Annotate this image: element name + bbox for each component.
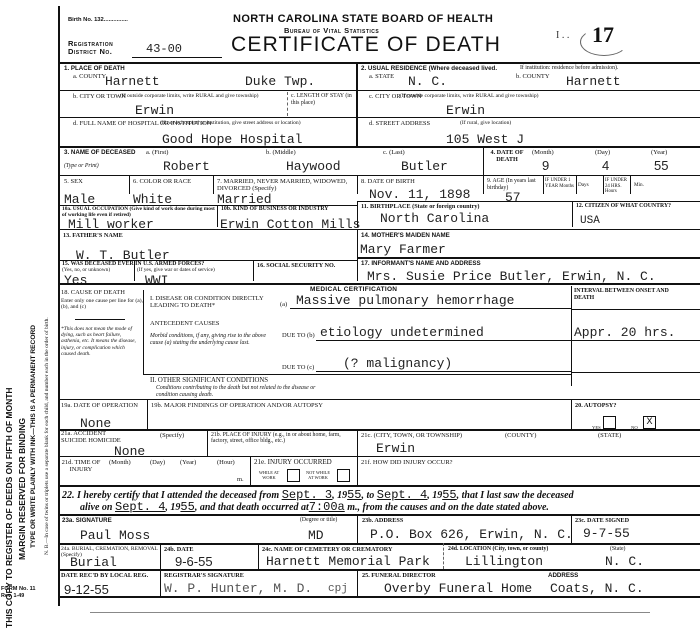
district-label: District No. — [68, 48, 112, 55]
col-line — [147, 399, 148, 429]
section-line — [58, 543, 700, 545]
injury-occurred-label: 21e. INJURY OCCURRED — [254, 459, 332, 466]
ssn-label: 16. SOCIAL SECURITY NO. — [257, 262, 335, 269]
injury-place-label: 21b. PLACE OF INJURY (e.g., in or about … — [211, 432, 351, 445]
father-label: 13. FATHER'S NAME — [63, 232, 123, 239]
not-while-at-work-label: NOT WHILE AT WORK — [304, 470, 332, 480]
cause-footnote: *This does not mean the mode of dying, s… — [61, 326, 141, 357]
while-at-work-checkbox[interactable] — [287, 469, 300, 482]
dob-label: 8. DATE OF BIRTH — [361, 178, 415, 185]
due-to-c-label: DUE TO (c) — [282, 364, 314, 371]
registration-district: 43-00 — [146, 42, 182, 56]
place-of-death-label: 1. PLACE OF DEATH — [64, 65, 125, 72]
registrar-signature: W. P. Hunter, M. D. — [164, 582, 312, 596]
time-hour-label: (Hour) — [217, 459, 235, 466]
while-at-work-label: WHILE AT WORK — [256, 470, 282, 480]
birthplace: North Carolina — [380, 212, 489, 226]
date-signed-label: 23c. DATE SIGNED — [575, 517, 629, 524]
col-line — [483, 147, 484, 175]
cause-a-label: (a) — [280, 301, 287, 308]
interval-b: Appr. 20 hrs. — [574, 326, 675, 340]
physician-degree: MD — [308, 529, 324, 543]
mother-maiden-name: Mary Farmer — [360, 243, 446, 257]
col-line — [576, 175, 577, 194]
funeral-address: Coats, N. C. — [550, 582, 644, 596]
row-line — [357, 201, 700, 202]
board-name: NORTH CAROLINA STATE BOARD OF HEALTH — [233, 13, 493, 25]
death-day-label: (Day) — [595, 149, 610, 156]
autopsy-label: 20. AUTOPSY? — [575, 402, 617, 409]
death-month-label: (Month) — [532, 149, 554, 156]
length-of-stay-label: c. LENGTH OF STAY (in this place) — [291, 93, 353, 107]
certificate-number: 17 — [592, 22, 614, 48]
funeral-address-label: ADDRESS — [548, 572, 578, 579]
date-signed: 9-7-55 — [583, 527, 630, 541]
col-line — [357, 429, 358, 485]
hospital-name: Good Hope Hospital — [162, 133, 302, 147]
row-line — [571, 309, 700, 310]
stay-divider — [287, 92, 289, 116]
findings-label: 19b. MAJOR FINDINGS OF OPERATION AND/OR … — [151, 402, 323, 409]
res-street-hint: (If rural, give location) — [460, 120, 511, 127]
section-line — [58, 569, 700, 571]
col-line — [213, 175, 214, 194]
row-line — [357, 257, 700, 259]
citizen-label: 12. CITIZEN OF WHAT COUNTRY? — [576, 203, 676, 210]
injury-county-label: (COUNTY) — [505, 432, 536, 439]
cause-hint: Enter only one cause per line for (a), (… — [61, 298, 143, 310]
col-line — [253, 260, 254, 281]
physician-signature: Paul Moss — [80, 529, 150, 543]
cause-line — [316, 340, 571, 341]
burial-method: Burial — [70, 556, 117, 570]
middle-name: Haywood — [286, 160, 341, 174]
first-name-label: a. (First) — [146, 149, 168, 156]
col-line — [443, 543, 445, 569]
minutes-label: Min. — [634, 182, 644, 189]
col-line — [357, 569, 358, 596]
res-state-label: a. STATE — [369, 73, 394, 80]
how-injury-label: 21f. HOW DID INJURY OCCUR? — [361, 459, 453, 466]
time-year-label: (Year) — [180, 459, 196, 466]
col-line — [357, 514, 358, 543]
res-county-label: b. COUNTY — [516, 73, 550, 80]
service-dates: WWI — [145, 274, 168, 288]
date-received: 9-12-55 — [64, 583, 109, 597]
informant: Mrs. Susie Price Butler, Erwin, N. C. — [367, 270, 656, 284]
col-line — [571, 286, 572, 386]
res-street-label: d. STREET ADDRESS — [369, 120, 430, 127]
injury-specify-label: (Specify) — [160, 432, 184, 439]
row-line — [571, 372, 700, 373]
age: 57 — [505, 191, 521, 205]
death-day: 4 — [602, 159, 609, 173]
usual-residence-label: 2. USUAL RESIDENCE (Where deceased lived… — [361, 65, 497, 72]
col-line — [543, 175, 544, 194]
res-city-hint: (If outside corporate limits, write RURA… — [400, 93, 539, 100]
sex-label: 5. SEX — [64, 178, 83, 185]
cause-b: etiology undetermined — [320, 326, 484, 340]
death-county: Harnett — [105, 75, 160, 89]
row-line — [358, 117, 700, 118]
funeral-director: Overby Funeral Home — [384, 582, 532, 596]
col-line — [630, 175, 631, 194]
burial-date: 9-6-55 — [175, 555, 213, 569]
cause-line — [290, 308, 571, 309]
race-label: 6. COLOR OR RACE — [133, 178, 191, 185]
margin-ink-note: TYPE OR WRITE PLAINLY WITH INK—THIS IS A… — [30, 325, 37, 548]
county-label: a. COUNTY — [73, 73, 106, 80]
death-township: Duke Twp. — [245, 75, 315, 89]
due-to-b-label: DUE TO (b) — [282, 332, 315, 339]
col-line — [603, 175, 604, 194]
other-conditions-label: II. OTHER SIGNIFICANT CONDITIONS — [150, 377, 268, 384]
days-label: Days — [578, 182, 589, 189]
col-line — [571, 399, 572, 429]
death-city: Erwin — [135, 104, 174, 118]
date-of-birth: Nov. 11, 1898 — [369, 188, 470, 202]
col-line — [483, 175, 484, 194]
informant-label: 17. INFORMANT'S NAME AND ADDRESS — [361, 260, 481, 267]
signature-label: 23a. SIGNATURE — [62, 517, 112, 524]
cemetery-label: 24c. NAME OF CEMETERY OR CREMATORY — [262, 546, 393, 553]
operation-date-label: 19a. DATE OF OPERATION — [61, 402, 141, 409]
bottom-rule — [90, 612, 650, 613]
row-line — [571, 340, 700, 341]
degree-label: (Degree or title) — [300, 517, 337, 524]
death-time: 7:00a — [309, 500, 345, 514]
city-label: b. CITY OR TOWN — [73, 93, 126, 100]
res-street: 105 West J — [446, 133, 524, 147]
stamp-mark: I . . — [556, 30, 569, 41]
burial-state-label: (State) — [610, 546, 625, 553]
row-line — [58, 456, 700, 457]
margin-binding-note: MARGIN RESERVED FOR BINDING — [17, 418, 27, 560]
autopsy-no-checkbox[interactable]: X — [643, 416, 656, 429]
section-line — [58, 514, 700, 516]
interval-label: INTERVAL BETWEEN ONSET AND DEATH — [574, 288, 684, 302]
last-name-label: c. (Last) — [383, 149, 405, 156]
antecedent-hint: Morbid conditions, if any, giving rise t… — [150, 333, 275, 346]
col-line — [357, 229, 358, 281]
time-m-label: m. — [237, 476, 244, 483]
burial-state: N. C. — [605, 555, 644, 569]
city-hint: (If outside corporate limits, write RURA… — [120, 93, 259, 100]
marital-label: 7. MARRIED, NEVER MARRIED, WIDOWED, DIVO… — [217, 178, 355, 192]
autopsy-yes-checkbox[interactable] — [603, 416, 616, 429]
section-line — [58, 429, 700, 431]
cause-of-death-label: 18. CAUSE OF DEATH — [61, 289, 125, 296]
antecedent-label: ANTECEDENT CAUSES — [150, 320, 219, 327]
cause-line — [316, 371, 571, 372]
date-of-death-label: 4. DATE OF DEATH — [487, 149, 527, 163]
physician-address: P.O. Box 626, Erwin, N. C. — [370, 528, 573, 542]
res-state: N. C. — [408, 75, 447, 89]
col-line — [217, 205, 218, 227]
section-line — [58, 283, 700, 285]
col-line — [129, 175, 130, 194]
certification-line-2: alive on Sept. 4, 1955, and that death o… — [80, 500, 549, 514]
margin-twins-note: N. B.—In case of twins or triplets use a… — [44, 317, 50, 555]
col-line — [258, 543, 259, 569]
section-divider — [356, 62, 358, 146]
citizenship: USA — [580, 214, 600, 228]
registrar-signature-label: REGISTRAR'S SIGNATURE — [164, 572, 244, 579]
disease-label: I. DISEASE OR CONDITION DIRECTLY LEADING… — [150, 295, 270, 309]
not-while-at-work-checkbox[interactable] — [337, 469, 350, 482]
row-line — [58, 399, 700, 400]
hours-label: IF UNDER 24 HRS. Hours — [605, 178, 630, 195]
section-line — [58, 485, 700, 487]
row-line — [60, 117, 356, 118]
col-line — [572, 201, 573, 227]
armed-forces: Yes — [64, 274, 87, 288]
col-line — [357, 175, 358, 194]
district-underline — [132, 57, 222, 58]
col-line — [207, 429, 208, 456]
name-label: 3. NAME OF DECEASED — [64, 149, 136, 156]
col-line — [143, 290, 144, 374]
section-line — [58, 596, 700, 598]
birth-number: Birth No. 132............... — [68, 17, 128, 24]
cause-c: (? malignancy) — [343, 357, 452, 371]
injury-type-label: 21a. ACCIDENT SUICIDE HOMICIDE — [61, 431, 121, 444]
burial-location-label: 24d. LOCATION (City, town, or county) — [448, 546, 548, 553]
form-revision: Rev. 1-49 — [1, 593, 24, 600]
first-name: Robert — [163, 160, 210, 174]
hint-rule — [75, 319, 125, 320]
last-seen-alive: Sept. 4 — [115, 500, 165, 514]
usual-residence-hint: If institution: residence before admissi… — [520, 65, 618, 72]
burial-date-label: 24b. DATE — [164, 546, 193, 553]
burial-location: Lillington — [465, 555, 543, 569]
last-name: Butler — [401, 160, 448, 174]
injury-state-label: (STATE) — [598, 432, 621, 439]
time-month-label: (Month) — [109, 459, 131, 466]
hospital-hint: (If not in hospital or institution, give… — [160, 120, 301, 127]
medical-certification-heading: MEDICAL CERTIFICATION — [310, 286, 397, 293]
col-line — [250, 456, 251, 485]
form-number: FORM No. 11 — [1, 586, 36, 593]
death-month: 9 — [542, 159, 549, 173]
injury-city-label: 21c. (CITY, TOWN, OR TOWNSHIP) — [361, 432, 462, 439]
injury-city: Erwin — [376, 442, 415, 456]
middle-name-label: b. (Middle) — [266, 149, 296, 156]
form-left-border — [58, 6, 60, 606]
section-line — [58, 146, 700, 148]
funeral-director-label: 25. FUNERAL DIRECTOR — [362, 572, 436, 579]
death-year: 55 — [654, 159, 668, 173]
header-divider — [58, 62, 700, 64]
business-label: 10b. KIND OF BUSINESS OR INDUSTRY — [221, 206, 355, 212]
registrar-initials: cpj — [328, 582, 348, 596]
time-of-injury-label: 21d. TIME OF INJURY — [61, 459, 101, 473]
res-city: Erwin — [446, 104, 485, 118]
row-line — [358, 90, 700, 91]
row-line — [60, 90, 356, 91]
certificate-title: CERTIFICATE OF DEATH — [231, 33, 501, 57]
birthplace-label: 11. BIRTHPLACE (State or foreign country… — [361, 203, 480, 210]
row-line — [143, 374, 571, 375]
other-conditions-hint: Conditions contributing to the death but… — [156, 385, 336, 398]
date-received-label: DATE REC'D BY LOCAL REG. — [61, 572, 157, 579]
cemetery-name: Harnett Memorial Park — [266, 555, 430, 569]
res-county: Harnett — [566, 75, 621, 89]
last-seen-year: 55 — [180, 500, 194, 514]
name-hint: (Type or Print) — [64, 163, 99, 170]
time-day-label: (Day) — [150, 459, 165, 466]
cause-a: Massive pulmonary hemorrhage — [296, 294, 514, 308]
mother-label: 14. MOTHER'S MAIDEN NAME — [361, 232, 450, 239]
row-line — [58, 229, 700, 230]
address-label: 23b. ADDRESS — [362, 517, 403, 524]
months-label: IF UNDER 1 YEAR Months — [545, 178, 575, 189]
registration-label: Registration — [68, 40, 113, 47]
death-year-label: (Year) — [651, 149, 667, 156]
